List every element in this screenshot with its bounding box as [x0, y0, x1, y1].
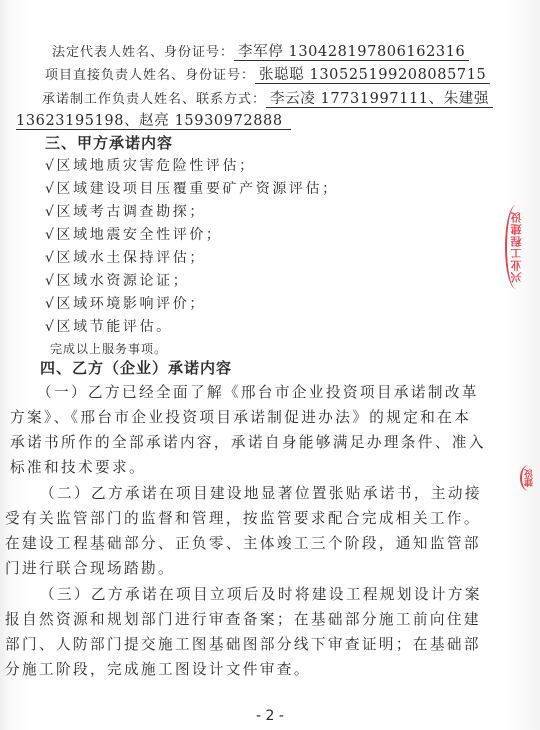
- para2-line: 门进行联合现场踏勘。: [5, 557, 175, 578]
- red-seal-stamp: 建设: [520, 465, 537, 491]
- section3-item: √区域地质灾害危险性评估；: [45, 155, 256, 175]
- section3-item: √区域环境影响评价；: [45, 293, 206, 313]
- section3-heading: 三、甲方承诺内容: [45, 132, 173, 153]
- commitment-lead-value-2: 13623195198、赵亮 15930972888: [16, 113, 291, 130]
- section3-item: √区域考古调查勘探；: [45, 201, 206, 221]
- para1-line: 方案》、《邢台市企业投资项目承诺制促进办法》的规定和在本: [10, 406, 471, 427]
- commitment-lead-line: 承诺制工作负责人姓名、联系方式：李云凌 17731997111、朱建强: [42, 87, 493, 108]
- para3-line: （三）乙方承诺在项目立项后及时将建设工程规划设计方案: [40, 583, 482, 604]
- commitment-lead-value-1: 李云凌 17731997111、朱建强: [266, 91, 493, 108]
- project-lead-label: 项目直接负责人姓名、身份证号：: [45, 68, 255, 83]
- section3-closing: 完成以上服务事项。: [50, 340, 167, 357]
- section3-item: √区域建设项目压覆重要矿产资源评估；: [45, 178, 339, 198]
- para3-line: 部门、人防部门提交施工图基础图部分线下审查证明；在基础部: [5, 633, 481, 654]
- commitment-lead-line-2: 13623195198、赵亮 15930972888: [16, 109, 291, 130]
- para3-line: 报自然资源和规划部门进行审查备案；在基础部分施工前向住建: [5, 608, 481, 629]
- legal-rep-value: 李军停 130428197806162316: [234, 44, 469, 61]
- para3-line: 分施工阶段，完成施工图设计文件审查。: [5, 658, 311, 679]
- project-lead-value: 张聪聪 130525199208085715: [255, 67, 490, 84]
- para1-line: 承诺书所作的全部承诺内容，承诺自身能够满足办理条件、准入: [10, 431, 486, 452]
- section3-item: √区域地震安全性评价；: [45, 224, 223, 244]
- para1-line: （一）乙方已经全面了解《邢台市企业投资项目承诺制改革: [37, 381, 479, 402]
- para2-line: （二）乙方承诺在项目建设地显著位置张贴承诺书，主动接: [40, 482, 482, 503]
- para2-line: 受有关监管部门的监督和管理，按监管要求配合完成相关工作。: [5, 507, 481, 528]
- section4-heading: 四、乙方（企业）承诺内容: [40, 357, 232, 378]
- section3-item: √区域水土保持评估；: [45, 247, 206, 267]
- page-number: - 2 -: [0, 708, 540, 724]
- legal-rep-label: 法定代表人姓名、身份证号：: [52, 45, 234, 60]
- red-seal-stamp: 兴业工程建设: [505, 205, 527, 289]
- document-page: 法定代表人姓名、身份证号：李军停 130428197806162316 项目直接…: [0, 0, 540, 730]
- para1-line: 标准和技术要求。: [10, 456, 146, 477]
- section3-item: √区域水资源论证；: [45, 270, 189, 290]
- project-lead-line: 项目直接负责人姓名、身份证号：张聪聪 130525199208085715: [45, 63, 490, 84]
- section3-item: √区域节能评估。: [45, 316, 173, 336]
- legal-rep-line: 法定代表人姓名、身份证号：李军停 130428197806162316: [52, 40, 469, 61]
- commitment-lead-label: 承诺制工作负责人姓名、联系方式：: [42, 92, 266, 107]
- para2-line: 在建设工程基础部分、正负零、主体竣工三个阶段，通知监管部: [5, 532, 481, 553]
